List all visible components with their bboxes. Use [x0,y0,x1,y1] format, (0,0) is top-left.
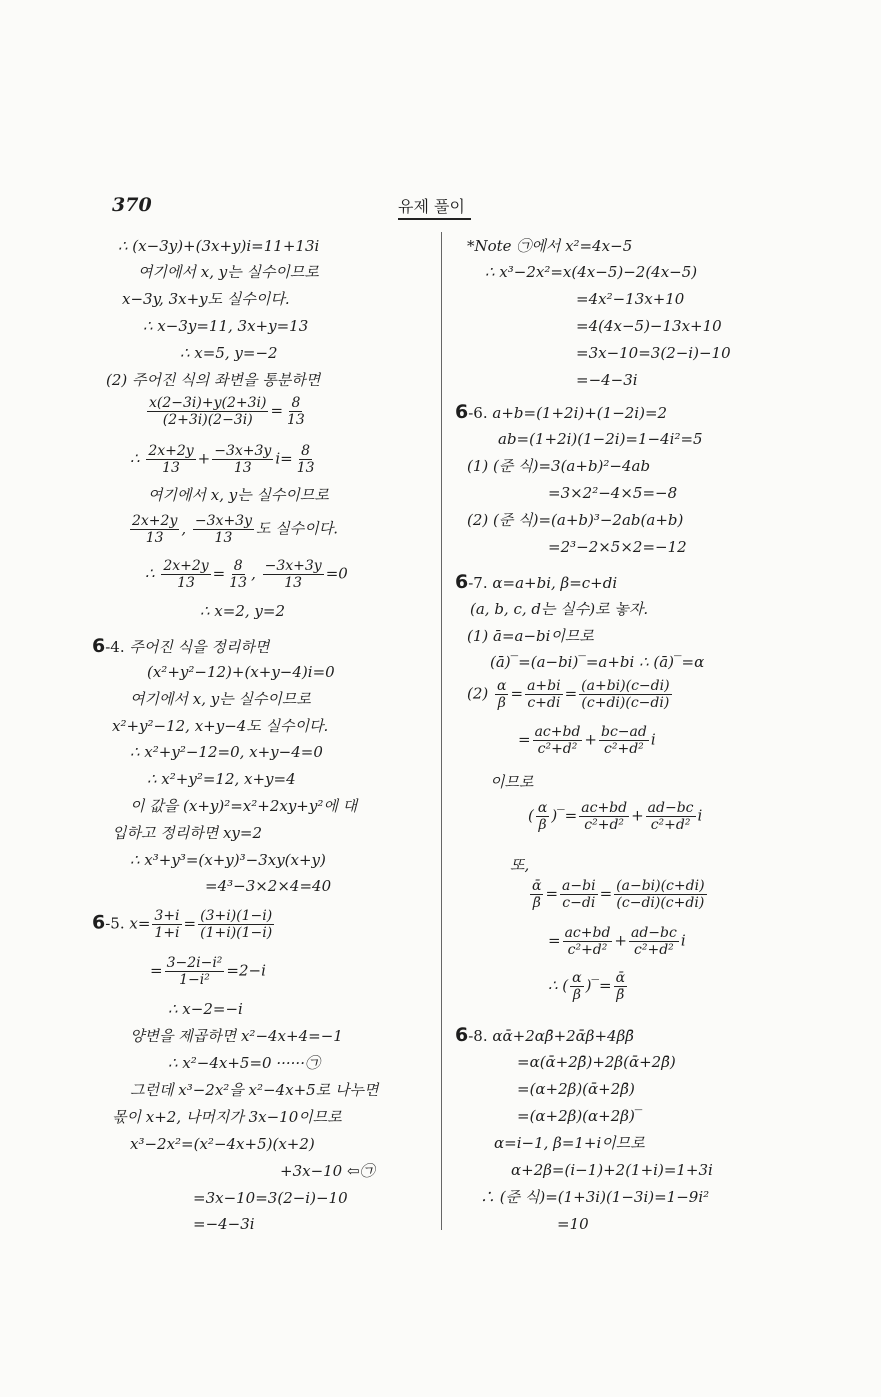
math-text: x= [129,915,150,933]
math-text: 주어진 식을 정리하면 [129,638,269,656]
math-text: ∴ x²−4x+5=0 ······㉠ [168,1054,320,1072]
solution-line: =3−2i−i²1−i²=2−i [150,955,266,988]
math-text: (2) (준 식)=(a+b)³−2ab(a+b) [467,511,683,529]
math-text: + [584,731,597,749]
math-text: ∴ x=2, y=2 [200,602,285,620]
math-text: = [184,915,197,933]
math-text: = [213,565,226,583]
math-text: ∴ [130,450,144,468]
fraction: −3x+3y13 [263,558,324,591]
math-text: (x²+y²−12)+(x+y−4)i=0 [147,663,335,681]
fraction: αβ [570,970,583,1003]
column-divider [441,232,442,1230]
math-text: α=i−1, β=1+i이므로 [494,1134,645,1152]
math-text: (2) [467,685,493,703]
math-text: 몫이 x+2, 나머지가 3x−10이므로 [112,1108,342,1126]
solution-line: ∴ x³+y³=(x+y)³−3xy(x+y) [130,850,326,870]
fraction: αβ [536,800,549,833]
math-text: (a, b, c, d는 실수)로 놓자. [470,600,648,618]
solution-line: 양변을 제곱하면 x²−4x+4=−1 [130,1026,343,1046]
fraction: αβ [495,678,508,711]
math-text: ∴ (x−3y)+(3x+y)i=11+13i [118,237,319,255]
problem-subnumber: -8. [468,1027,492,1045]
math-text: =(α+2β)(ᾱ+2β̄) [517,1080,635,1098]
math-text: i [681,932,686,950]
math-text: (1) (준 식)=3(a+b)²−4ab [467,457,650,475]
solution-line: (a, b, c, d는 실수)로 놓자. [470,599,648,619]
solution-line: 그런데 x³−2x²을 x²−4x+5로 나누면 [130,1080,378,1100]
fraction: ad−bcc²+d² [629,925,679,958]
math-text: =3x−10=3(2−i)−10 [576,344,731,362]
math-text: 여기에서 x, y는 실수이므로 [130,690,311,708]
math-text: i= [275,450,292,468]
fraction: 813 [295,443,317,476]
page-number: 370 [112,194,152,216]
solution-line: ∴ x=2, y=2 [200,601,285,621]
solution-line: =4x²−13x+10 [576,289,684,309]
solution-line: (x²+y²−12)+(x+y−4)i=0 [147,662,335,682]
math-text: x²+y²−12, x+y−4도 실수이다. [112,717,328,735]
solution-line: =3x−10=3(2−i)−10 [576,343,731,363]
math-text: )‾= [551,807,577,825]
math-text: =4³−3×2×4=40 [205,877,331,895]
solution-line: =2³−2×5×2=−12 [548,537,687,557]
math-text: , [251,565,261,583]
math-text: ab=(1+2i)(1−2i)=1−4i²=5 [498,430,703,448]
solution-line: 몫이 x+2, 나머지가 3x−10이므로 [112,1107,342,1127]
fraction: a−bic−di [560,878,598,911]
fraction: ᾱβ̄ [530,878,543,911]
math-text: ∴ x³−2x²=x(4x−5)−2(4x−5) [485,263,697,281]
math-text: = [270,402,283,420]
math-text: 그런데 x³−2x²을 x²−4x+5로 나누면 [130,1081,378,1099]
math-text: =2−i [226,962,265,980]
math-text: ∴ x²+y²=12, x+y=4 [147,770,296,788]
problem-number: 6 [455,401,468,423]
math-text: + [614,932,627,950]
math-text: =2³−2×5×2=−12 [548,538,687,556]
math-text: =(α+2β)(α+2β)‾ [517,1107,642,1125]
math-text: ∴ x²+y²−12=0, x+y−4=0 [130,743,323,761]
fraction: ac+bdc²+d² [533,724,583,757]
math-text: x−3y, 3x+y도 실수이다. [122,290,290,308]
solution-line: x²+y²−12, x+y−4도 실수이다. [112,716,328,736]
fraction: 3+i1+i [152,908,181,941]
solution-line: ∴ (x−3y)+(3x+y)i=11+13i [118,236,319,256]
solution-line: (1) (준 식)=3(a+b)²−4ab [467,456,650,476]
math-text: i [698,807,703,825]
math-text: +3x−10 ⇦㉠ [280,1162,375,1180]
fraction: ᾱβ̄ [614,970,627,1003]
math-text: ∴ ( [548,977,568,995]
solution-line: =ac+bdc²+d²+bc−adc²+d²i [518,724,656,757]
math-text: =−4−3i [193,1215,255,1233]
math-text: (ā)‾=(a−bi)‾=a+bi ∴ (ā)‾=α [490,653,704,671]
solution-line: ∴ x³−2x²=x(4x−5)−2(4x−5) [485,262,697,282]
math-text: (2) 주어진 식의 좌변을 통분하면 [106,371,320,389]
solution-line: 6-8. αᾱ+2αβ̄+2ᾱβ+4ββ̄ [455,1025,634,1046]
math-text: ∴ x−2=−i [168,1000,243,1018]
solution-line: ∴ (준 식)=(1+3i)(1−3i)=1−9i² [480,1187,709,1207]
fraction: (3+i)(1−i)(1+i)(1−i) [198,908,274,941]
solution-line: 2x+2y13, −3x+3y13도 실수이다. [128,513,338,546]
solution-line: x−3y, 3x+y도 실수이다. [122,289,290,309]
fraction: a+bic+di [525,678,563,711]
math-text: = [510,685,523,703]
math-text: (1) ā=a−bi이므로 [467,627,594,645]
math-text: =α(ᾱ+2β̄)+2β(ᾱ+2β̄) [517,1053,676,1071]
solution-line: 입하고 정리하면 xy=2 [112,823,262,843]
math-text: α+2β=(i−1)+2(1+i)=1+3i [511,1161,713,1179]
problem-subnumber: -4. [105,638,129,656]
math-text: =10 [557,1215,589,1233]
solution-line: ᾱβ̄=a−bic−di=(a−bi)(c+di)(c−di)(c+di) [528,878,709,911]
solution-line: (1) ā=a−bi이므로 [467,626,594,646]
solution-line: α=i−1, β=1+i이므로 [494,1133,645,1153]
solution-line: ∴ x=5, y=−2 [180,343,278,363]
solution-line: (2) 주어진 식의 좌변을 통분하면 [106,370,320,390]
math-text: =4(4x−5)−13x+10 [576,317,722,335]
fraction: bc−adc²+d² [599,724,649,757]
solution-line: *Note ㉠에서 x²=4x−5 [467,236,632,256]
solution-line: ∴ x²+y²−12=0, x+y−4=0 [130,742,323,762]
math-text: + [198,450,211,468]
math-text: =0 [326,565,348,583]
solution-line: =4³−3×2×4=40 [205,876,331,896]
solution-line: 여기에서 x, y는 실수이므로 [148,485,329,505]
problem-number: 6 [92,635,105,657]
solution-line: ∴ 2x+2y13+−3x+3y13i=813 [130,443,319,476]
math-text: ∴ [145,565,159,583]
solution-line: 6-4. 주어진 식을 정리하면 [92,636,269,657]
problem-number: 6 [455,1024,468,1046]
math-text: = [565,685,578,703]
fraction: −3x+3y13 [193,513,254,546]
solution-line: (2) αβ=a+bic+di=(a+bi)(c−di)(c+di)(c−di) [467,678,674,711]
math-text: = [548,932,561,950]
solution-line: α+2β=(i−1)+2(1+i)=1+3i [511,1160,713,1180]
fraction: ad−bcc²+d² [646,800,696,833]
math-text: = [545,885,558,903]
solution-line: =3×2²−4×5=−8 [548,483,677,503]
solution-line: ∴ x−2=−i [168,999,243,1019]
solution-line: ∴ x−3y=11, 3x+y=13 [143,316,308,336]
problem-subnumber: -5. [105,915,129,933]
math-text: ∴ x³+y³=(x+y)³−3xy(x+y) [130,851,326,869]
math-text: x³−2x²=(x²−4x+5)(x+2) [130,1135,315,1153]
solution-line: (2) (준 식)=(a+b)³−2ab(a+b) [467,510,683,530]
solution-line: ab=(1+2i)(1−2i)=1−4i²=5 [498,429,703,449]
math-text: α=a+bi, β=c+di [492,574,617,592]
math-text: ( [528,807,534,825]
math-text: 양변을 제곱하면 x²−4x+4=−1 [130,1027,343,1045]
fraction: x(2−3i)+y(2+3i)(2+3i)(2−3i) [147,395,268,428]
math-text: =3×2²−4×5=−8 [548,484,677,502]
math-text: = [600,885,613,903]
solution-line: ∴ x²−4x+5=0 ······㉠ [168,1053,320,1073]
math-text: =−4−3i [576,371,638,389]
math-text: , [181,520,191,538]
math-text: 입하고 정리하면 xy=2 [112,824,262,842]
fraction: 2x+2y13 [161,558,210,591]
page-header: 유제 풀이 [398,194,471,220]
math-text: + [631,807,644,825]
solution-line: =ac+bdc²+d²+ad−bcc²+d²i [548,925,686,958]
math-text: )‾= [586,977,612,995]
problem-number: 6 [455,571,468,593]
math-text: =3x−10=3(2−i)−10 [193,1189,348,1207]
solution-line: 또, [510,855,529,875]
solution-line: ∴ 2x+2y13=813, −3x+3y13=0 [145,558,348,591]
solution-line: =4(4x−5)−13x+10 [576,316,722,336]
math-text: αᾱ+2αβ̄+2ᾱβ+4ββ̄ [492,1027,634,1045]
math-text: 도 실수이다. [256,520,338,538]
solution-line: x³−2x²=(x²−4x+5)(x+2) [130,1134,315,1154]
solution-line: =(α+2β)(α+2β)‾ [517,1106,642,1126]
math-text: *Note ㉠에서 x²=4x−5 [467,237,632,255]
fraction: 2x+2y13 [146,443,195,476]
fraction: (a+bi)(c−di)(c+di)(c−di) [579,678,671,711]
problem-number: 6 [92,912,105,934]
solution-line: 6-5. x=3+i1+i=(3+i)(1−i)(1+i)(1−i) [92,908,276,941]
solution-line: 이므로 [490,772,533,792]
solution-line: =−4−3i [576,370,638,390]
fraction: ac+bdc²+d² [563,925,613,958]
problem-subnumber: -7. [468,574,492,592]
solution-line: 6-6. a+b=(1+2i)+(1−2i)=2 [455,402,667,423]
math-text: 이므로 [490,773,533,791]
math-text: 이 값을 (x+y)²=x²+2xy+y²에 대 [130,797,357,815]
fraction: 813 [227,558,249,591]
solution-line: (ā)‾=(a−bi)‾=a+bi ∴ (ā)‾=α [490,652,704,672]
solution-line: x(2−3i)+y(2+3i)(2+3i)(2−3i)=813 [145,395,309,428]
solution-line: ∴ x²+y²=12, x+y=4 [147,769,296,789]
math-text: ∴ x−3y=11, 3x+y=13 [143,317,308,335]
math-text: 여기에서 x, y는 실수이므로 [138,263,319,281]
solution-line: 6-7. α=a+bi, β=c+di [455,572,617,593]
math-text: = [150,962,163,980]
fraction: 3−2i−i²1−i² [165,955,225,988]
math-text: i [651,731,656,749]
math-text: = [518,731,531,749]
solution-line: =3x−10=3(2−i)−10 [193,1188,348,1208]
math-text: 여기에서 x, y는 실수이므로 [148,486,329,504]
solution-line: 여기에서 x, y는 실수이므로 [130,689,311,709]
fraction: 2x+2y13 [130,513,179,546]
fraction: ac+bdc²+d² [579,800,629,833]
solution-line: (αβ)‾=ac+bdc²+d²+ad−bcc²+d²i [528,800,702,833]
solution-line: =10 [557,1214,589,1234]
solution-line: ∴ (αβ)‾=ᾱβ̄ [548,970,629,1003]
fraction: (a−bi)(c+di)(c−di)(c+di) [614,878,706,911]
solution-line: 여기에서 x, y는 실수이므로 [138,262,319,282]
math-text: ∴ x=5, y=−2 [180,344,278,362]
problem-subnumber: -6. [468,404,492,422]
math-text: a+b=(1+2i)+(1−2i)=2 [492,404,667,422]
solution-line: =α(ᾱ+2β̄)+2β(ᾱ+2β̄) [517,1052,676,1072]
solution-line: =(α+2β)(ᾱ+2β̄) [517,1079,635,1099]
math-text: =4x²−13x+10 [576,290,684,308]
solution-line: =−4−3i [193,1214,255,1234]
solution-line: +3x−10 ⇦㉠ [280,1161,375,1181]
math-text: 또, [510,856,529,874]
math-text: ∴ (준 식)=(1+3i)(1−3i)=1−9i² [480,1188,709,1206]
fraction: −3x+3y13 [212,443,273,476]
solution-line: 이 값을 (x+y)²=x²+2xy+y²에 대 [130,796,357,816]
fraction: 813 [285,395,307,428]
